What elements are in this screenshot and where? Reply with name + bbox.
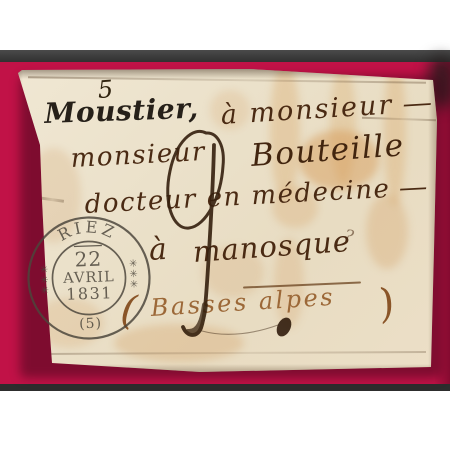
letterbox-bottom	[0, 391, 450, 450]
photo-frame-top	[0, 50, 450, 62]
product-photo: 5 Moustier, à monsieur ― monsieur Boutei…	[0, 0, 450, 450]
origin-handstamp: Moustier,	[44, 95, 199, 128]
paper-stain	[366, 194, 408, 269]
letterbox-top	[0, 0, 450, 50]
address-line-4-prefix: à	[148, 235, 168, 266]
photo-frame-bottom	[0, 384, 450, 391]
address-line-2-word-1: monsieur	[70, 139, 206, 172]
